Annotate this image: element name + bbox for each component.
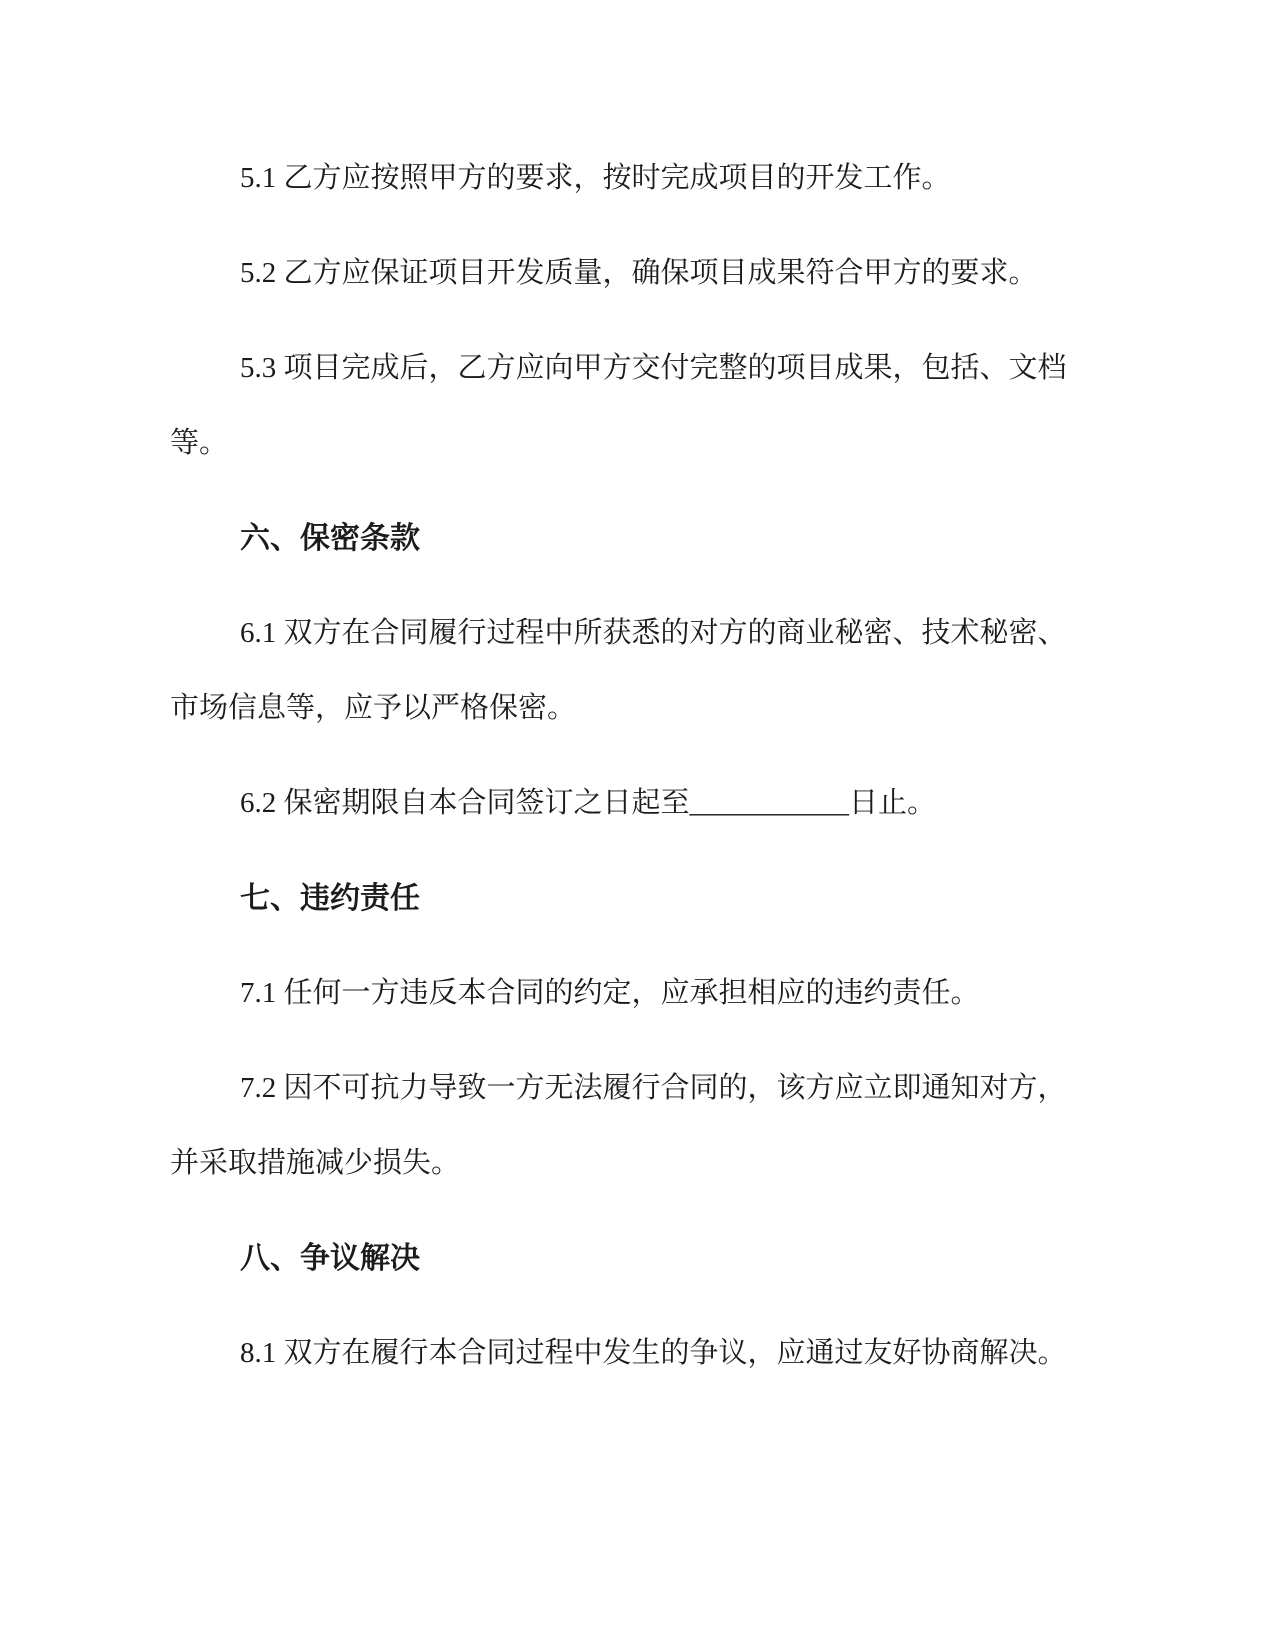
clause-6-2-line-1: 6.2 保密期限自本合同签订之日起至___________日止。 — [170, 766, 1107, 841]
section-heading-8-text: 八、争议解决 — [170, 1221, 1107, 1296]
clause-6-2: 6.2 保密期限自本合同签订之日起至___________日止。 — [170, 766, 1107, 841]
clause-5-1-line-1: 5.1 乙方应按照甲方的要求，按时完成项目的开发工作。 — [170, 141, 1107, 216]
clause-5-3: 5.3 项目完成后，乙方应向甲方交付完整的项目成果，包括、文档 等。 — [170, 331, 1107, 481]
clause-5-3-line-1: 5.3 项目完成后，乙方应向甲方交付完整的项目成果，包括、文档 — [170, 331, 1107, 406]
section-heading-6-text: 六、保密条款 — [170, 501, 1107, 576]
clause-6-1-line-2: 市场信息等，应予以严格保密。 — [170, 671, 1107, 746]
clause-8-1-line-1: 8.1 双方在履行本合同过程中发生的争议，应通过友好协商解决。 — [170, 1316, 1107, 1391]
clause-5-1: 5.1 乙方应按照甲方的要求，按时完成项目的开发工作。 — [170, 141, 1107, 216]
clause-7-2-line-1: 7.2 因不可抗力导致一方无法履行合同的，该方应立即通知对方， — [170, 1051, 1107, 1126]
clause-5-3-line-2: 等。 — [170, 406, 1107, 481]
section-heading-8: 八、争议解决 — [170, 1221, 1107, 1296]
section-heading-6: 六、保密条款 — [170, 501, 1107, 576]
clause-7-1: 7.1 任何一方违反本合同的约定，应承担相应的违约责任。 — [170, 956, 1107, 1031]
clause-6-1: 6.1 双方在合同履行过程中所获悉的对方的商业秘密、技术秘密、 市场信息等，应予… — [170, 596, 1107, 746]
contract-document-page: 5.1 乙方应按照甲方的要求，按时完成项目的开发工作。 5.2 乙方应保证项目开… — [0, 0, 1275, 1650]
clause-7-1-line-1: 7.1 任何一方违反本合同的约定，应承担相应的违约责任。 — [170, 956, 1107, 1031]
section-heading-7: 七、违约责任 — [170, 861, 1107, 936]
clause-5-2: 5.2 乙方应保证项目开发质量，确保项目成果符合甲方的要求。 — [170, 236, 1107, 311]
clause-6-1-line-1: 6.1 双方在合同履行过程中所获悉的对方的商业秘密、技术秘密、 — [170, 596, 1107, 671]
clause-7-2: 7.2 因不可抗力导致一方无法履行合同的，该方应立即通知对方， 并采取措施减少损… — [170, 1051, 1107, 1201]
clause-7-2-line-2: 并采取措施减少损失。 — [170, 1126, 1107, 1201]
clause-5-2-line-1: 5.2 乙方应保证项目开发质量，确保项目成果符合甲方的要求。 — [170, 236, 1107, 311]
clause-8-1: 8.1 双方在履行本合同过程中发生的争议，应通过友好协商解决。 — [170, 1316, 1107, 1391]
section-heading-7-text: 七、违约责任 — [170, 861, 1107, 936]
